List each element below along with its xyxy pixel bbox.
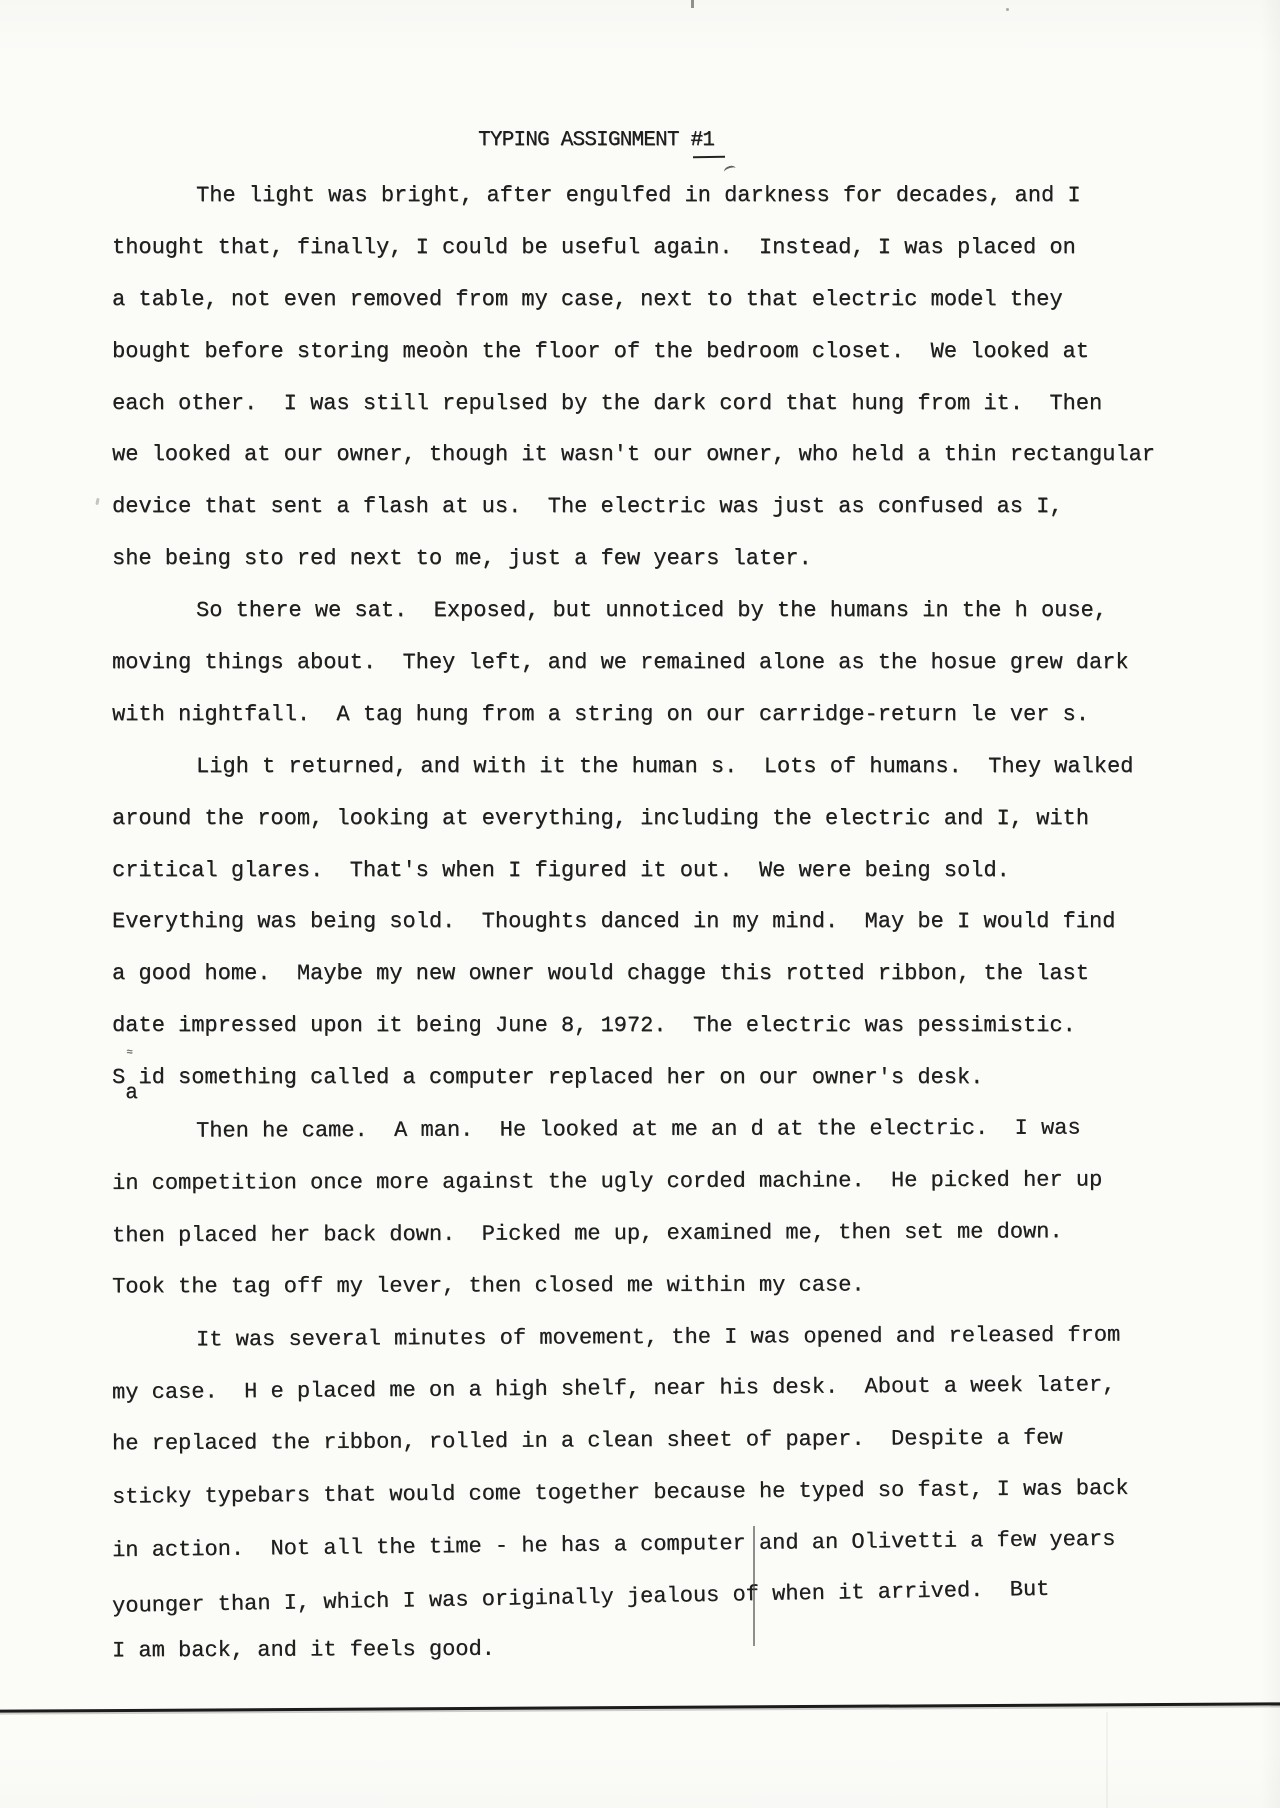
scan-artifact-dot [1006,8,1009,11]
text-line: bought before storing meoòn the floor of… [112,326,1192,378]
title-underline [693,156,725,159]
text-line: date impressed upon it being June 8, 197… [112,1000,1192,1052]
scan-crease-faint [1106,1712,1108,1808]
document-title: TYPING ASSIGNMENT #1 [478,126,714,156]
text-line: moving things about. They left, and we r… [112,637,1192,689]
text-segment: S [112,1065,125,1090]
text-line: in competition once more against the ugl… [112,1154,1192,1210]
scan-artifact-speck [95,498,99,505]
text-line: device that sent a flash at us. The elec… [112,481,1192,533]
scanned-document-page: TYPING ASSIGNMENT #1 The light was brigh… [0,0,1280,1808]
text-line: It was several minutes of movement, the … [112,1309,1192,1367]
document-body: The light was bright, after engulfed in … [112,170,1192,1675]
text-line: my case. H e placed me on a high shelf, … [112,1359,1192,1419]
text-line: I am back, and it feels good. [112,1621,1192,1678]
subscript-letter: a [125,1084,138,1104]
text-line: S≈aid something called a computer replac… [112,1052,1192,1104]
text-line: critical glares. That's when I figured i… [112,845,1192,897]
text-line: Everything was being sold. Thoughts danc… [112,896,1192,948]
text-line: a good home. Maybe my new owner would ch… [112,948,1192,1000]
text-line: thought that, finally, I could be useful… [112,222,1192,274]
text-line: each other. I was still repulsed by the … [112,378,1192,430]
text-line: we looked at our owner, though it wasn't… [112,429,1192,481]
text-line: then placed her back down. Picked me up,… [112,1205,1192,1262]
text-line: he replaced the ribbon, rolled in a clea… [112,1412,1192,1470]
text-line: around the room, looking at everything, … [112,793,1192,845]
text-line: Ligh t returned, and with it the human s… [112,741,1192,793]
scan-crease-line [753,1526,755,1646]
correction-mark: ≈ [126,1048,131,1058]
scan-artifact-tick [691,0,694,8]
text-line: So there we sat. Exposed, but unnoticed … [112,585,1192,637]
text-line: she being sto red next to me, just a few… [112,533,1192,585]
text-segment: id something called a computer replaced … [138,1065,983,1090]
text-line: Then he came. A man. He looked at me an … [112,1102,1192,1158]
text-line: with nightfall. A tag hung from a string… [112,689,1192,741]
scan-edge-line [0,1702,1280,1712]
text-line: a table, not even removed from my case, … [112,274,1192,326]
typed-correction: ≈a [125,1082,138,1083]
text-line: Took the tag off my lever, then closed m… [112,1258,1192,1313]
text-line: The light was bright, after engulfed in … [112,170,1192,222]
